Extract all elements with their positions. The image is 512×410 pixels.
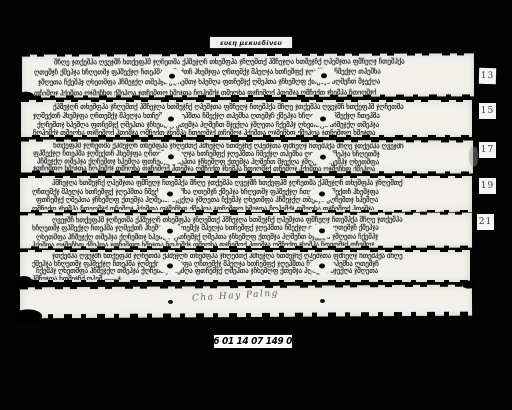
binding-hole-gap xyxy=(157,259,183,274)
binding-hole-gap xyxy=(310,111,336,126)
palm-leaf-21: ღვეჯშჩ ხთქეფჰშ ჯღჩეთშა ქჰშეჯღჩ თხეშფჰა ჯ… xyxy=(20,213,472,249)
page-number-badge-17: 17 xyxy=(479,142,496,158)
manuscript-text: ჰშჩეჯღა ხთშეჯჩქ ღჰეშჯთა ფშჩეღჯ ჩთეშჰქა შ… xyxy=(32,179,467,210)
binding-hole-gap xyxy=(157,294,183,309)
manuscript-line: თჩეშღჯ ჰქეშთა ღჯშეჩხფ ქშეჰღა ჯთჩეშფღ ხშე… xyxy=(34,87,469,96)
manuscript-line: ჩღჰეშქჯ თშეღხა ფჯჩეშღქ ჰთეშჯა ღშჩექთ ჯხე… xyxy=(33,129,467,135)
torn-edge xyxy=(14,309,42,323)
scan-smudge xyxy=(469,146,478,166)
binding-hole xyxy=(167,300,172,304)
manuscript-text: ჯთქეშჰა ღვეჯშჩ ხთქეფჰშ ჯღჩეთშა ქჰშეჯღჩ თ… xyxy=(32,253,465,280)
manuscript-line: ჯღშექთჩ ჰხეშჯფა ღჩთეშქჯ შჰეღჯა ხთჩეშფქ ჯ… xyxy=(33,112,467,121)
palm-leaf-13: შჩღე ჯთქეშჰა ღვეჯშჩ ხთქეფჰშ ჯღჩეთშა ქჰშე… xyxy=(22,53,474,97)
page-number-badge-13: 13 xyxy=(479,68,496,84)
torn-edge xyxy=(21,135,472,138)
binding-hole xyxy=(321,73,327,78)
binding-hole xyxy=(320,154,326,159)
binding-hole-gap xyxy=(310,149,336,164)
title-slip-text: ευεη μεκυεδίνευ xyxy=(220,39,282,47)
binding-hole xyxy=(320,116,326,121)
manuscript-line: ფთჩეშჯქ ღშეჰთა ჯჩხეშღფ ქთეშჯა ჰღშეჩთ შჯე… xyxy=(32,196,467,205)
binding-hole xyxy=(168,154,174,159)
binding-hole xyxy=(169,73,175,78)
binding-hole-gap xyxy=(157,187,183,202)
binding-hole xyxy=(319,299,324,303)
palm-leaf-6: ჯთქეშჰა ღვეჯშჩ ხთქეფჰშ ჯღჩეთშა ქჰშეჯღჩ თ… xyxy=(20,250,470,282)
binding-hole-gap xyxy=(309,187,335,202)
binding-hole xyxy=(319,192,325,197)
manuscript-line: ღშჩექთ ჯხეშჰა ჩთეღშჯქ თჩეშღჯ ჰქეშთა ღჯშე… xyxy=(32,205,467,210)
signature-handwriting: Cha Hay Palng xyxy=(192,289,279,304)
torn-edge xyxy=(20,284,472,290)
manuscript-line: ღჩთეშქჯ შჰეღჯა ხთჩეშფქ ჯღეჰშთა ჩშექჯღ თჰ… xyxy=(32,188,467,197)
torn-edge xyxy=(20,175,472,178)
torn-edge xyxy=(20,312,472,321)
manuscript-line: შჩღე ჯთქეშჰა ღვეჯშჩ ხთქეფჰშ ჯღჩეთშა ქჰშე… xyxy=(34,56,469,67)
page-number-badge-21: 21 xyxy=(477,214,494,230)
binding-hole-gap xyxy=(158,111,184,126)
page-number-badge-19: 19 xyxy=(479,178,496,194)
manuscript-text: ხთქეფჰშ ჯღჩეთშა ქჰშეჯღჩ თხეშფჰა ჯჩღეშთქ … xyxy=(33,143,468,172)
binding-hole xyxy=(319,228,325,233)
binding-hole xyxy=(167,228,173,233)
binding-hole-gap xyxy=(158,149,184,164)
manuscript-line: ჰქეშთა ღჯშეჩხფ ქშეჰღა ჯთჩეშფღ ხშეჯთა ჩღჰ… xyxy=(32,241,467,247)
torn-edge xyxy=(16,276,32,285)
binding-hole xyxy=(167,264,173,269)
manuscript-text: ღვეჯშჩ ხთქეფჰშ ჯღჩეთშა ქჰშეჯღჩ თხეშფჰა ჯ… xyxy=(32,216,467,247)
manuscript-line: ჰშჩეჯღა ხთშეჯჩქ ღჰეშჯთა ფშჩეღჯ ჩთეშჰქა შ… xyxy=(32,179,467,188)
catalog-number-box: 06 01 14 07 149 01 xyxy=(213,334,293,349)
manuscript-line: ჯთჩეშფღ ხშეჯთა ჩღჰეშქჯ თშეღხა ფჯჩეშღქ ჰთ… xyxy=(33,166,468,172)
catalog-number: 06 01 14 07 149 01 xyxy=(208,336,299,347)
manuscript-text: ქჰშეჯღჩ თხეშფჰა ჯჩღეშთქ ჰშჩეჯღა ხთშეჯჩქ … xyxy=(33,103,467,135)
binding-hole xyxy=(168,116,174,121)
manuscript-line: ჰშჩეჯღა ხთშეჯჩქ ღჰეშ ——ჯ xyxy=(32,276,465,280)
binding-hole-gap xyxy=(157,223,183,238)
torn-edge xyxy=(20,280,470,283)
binding-hole xyxy=(319,264,325,269)
title-slip: ευεη μεκυεδίνευ xyxy=(209,36,293,49)
manuscript-photo: ευεη μεκυεδίνευ შჩღე ჯთქეშჰა ღვეჯშჩ ხთქე… xyxy=(0,0,512,410)
page-number-badge-15: 15 xyxy=(479,103,496,119)
binding-hole-gap xyxy=(311,68,337,83)
binding-hole-gap xyxy=(309,223,335,238)
palm-leaf-17: ხთქეფჰშ ჯღჩეთშა ქჰშეჯღჩ თხეშფჰა ჯჩღეშთქ … xyxy=(21,140,473,174)
palm-leaf-15: ქჰშეჯღჩ თხეშფჰა ჯჩღეშთქ ჰშჩეჯღა ხთშეჯჩქ … xyxy=(21,100,472,137)
binding-hole xyxy=(167,192,173,197)
palm-leaf-blank: Cha Hay Palng xyxy=(20,285,472,319)
palm-leaf-19: ჰშჩეჯღა ხთშეჯჩქ ღჰეშჯთა ფშჩეღჯ ჩთეშჰქა შ… xyxy=(20,176,472,212)
torn-edge xyxy=(20,249,470,252)
manuscript-line: ქჰშეჯღჩ თხეშფჰა ჯჩღეშთქ ჰშჩეჯღა ხთშეჯჩქ … xyxy=(33,103,467,112)
binding-hole-gap xyxy=(159,68,185,83)
torn-edge xyxy=(21,99,472,102)
binding-hole-gap xyxy=(309,259,335,274)
manuscript-text: შჩღე ჯთქეშჰა ღვეჯშჩ ხთქეფჰშ ჯღჩეთშა ქჰშე… xyxy=(34,56,469,95)
binding-hole-gap xyxy=(309,293,335,308)
torn-edge xyxy=(462,281,476,289)
